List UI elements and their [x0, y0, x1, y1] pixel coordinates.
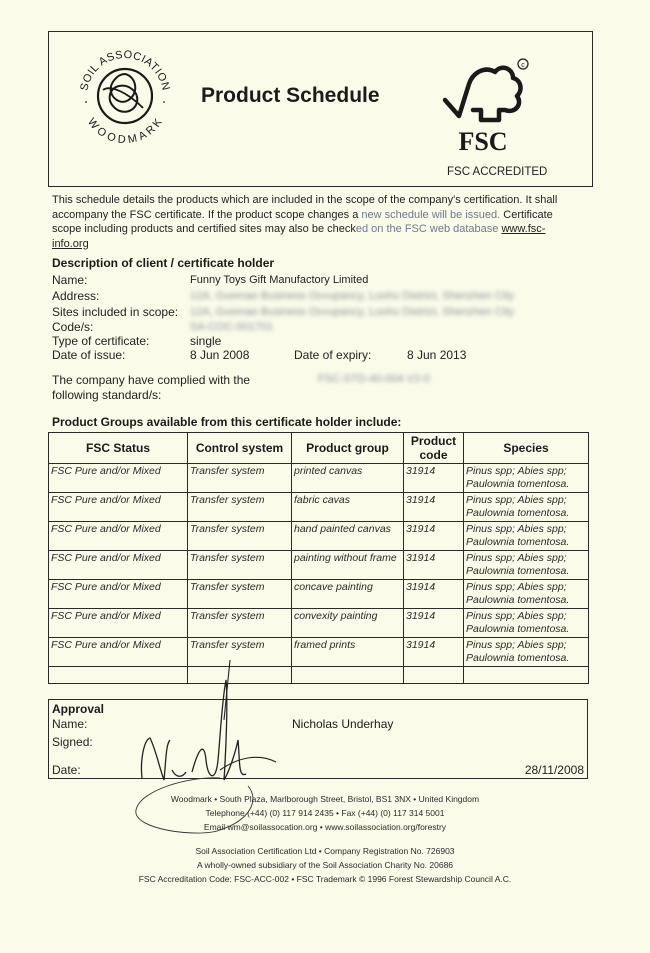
footer-line: Soil Association Certification Ltd • Com… — [0, 844, 650, 858]
cell-species: Pinus spp; Abies spp; Paulownia tomentos… — [464, 609, 589, 638]
footer-line: FSC Accreditation Code: FSC-ACC-002 • FS… — [0, 872, 650, 886]
column-header-product-group: Product group — [292, 433, 404, 464]
expiry-date-label: Date of expiry: — [294, 348, 371, 362]
cell-product-group: framed prints — [292, 638, 404, 667]
approval-date-label: Date: — [52, 763, 81, 777]
cell-control-system: Transfer system — [188, 493, 292, 522]
cell-product-code: 31914 — [404, 638, 464, 667]
footer-legal: Soil Association Certification Ltd • Com… — [0, 844, 650, 886]
products-section-heading: Product Groups available from this certi… — [52, 415, 401, 429]
approval-date-value: 28/11/2008 — [525, 763, 584, 777]
approval-box: Approval Name: Signed: Date: Nicholas Un… — [48, 699, 588, 779]
cell-product-code: 31914 — [404, 609, 464, 638]
product-groups-table: FSC Status Control system Product group … — [48, 432, 589, 684]
footer-line: A wholly-owned subsidiary of the Soil As… — [0, 858, 650, 872]
cell-fsc-status: FSC Pure and/or Mixed — [49, 580, 188, 609]
cell-product-group: printed canvas — [292, 464, 404, 493]
cell-control-system: Transfer system — [188, 609, 292, 638]
cell-product-code — [404, 667, 464, 684]
cell-species: Pinus spp; Abies spp; Paulownia tomentos… — [464, 522, 589, 551]
approval-title: Approval — [52, 702, 104, 716]
sites-value: 12A, Guomao Business Occupancy, Luohu Di… — [190, 306, 514, 318]
standards-value: FSC-STD-40-004 V2-0 — [318, 373, 430, 385]
table-row: FSC Pure and/or MixedTransfer systempain… — [49, 551, 589, 580]
column-header-fsc-status: FSC Status — [49, 433, 188, 464]
code-label: Code/s: — [52, 320, 93, 334]
sites-label: Sites included in scope: — [52, 305, 178, 319]
cell-control-system: Transfer system — [188, 551, 292, 580]
approval-name-value: Nicholas Underhay — [292, 717, 393, 731]
type-label: Type of certificate: — [52, 334, 149, 348]
cell-species: Pinus spp; Abies spp; Paulownia tomentos… — [464, 580, 589, 609]
cell-fsc-status: FSC Pure and/or Mixed — [49, 551, 188, 580]
cell-product-code: 31914 — [404, 464, 464, 493]
cell-product-group: concave painting — [292, 580, 404, 609]
table-row: FSC Pure and/or MixedTransfer systemconc… — [49, 580, 589, 609]
issue-date-value: 8 Jun 2008 — [190, 348, 249, 362]
page-title: Product Schedule — [201, 84, 380, 108]
standards-label-line-2: following standard/s: — [52, 388, 161, 402]
cell-fsc-status: FSC Pure and/or Mixed — [49, 638, 188, 667]
expiry-date-value: 8 Jun 2013 — [407, 348, 466, 362]
intro-paragraph: This schedule details the products which… — [52, 193, 572, 251]
cell-control-system: Transfer system — [188, 464, 292, 493]
type-value: single — [190, 334, 221, 348]
cell-fsc-status: FSC Pure and/or Mixed — [49, 464, 188, 493]
intro-text-faded: ed on the FSC web database — [356, 223, 498, 235]
svg-text:FSC: FSC — [458, 127, 507, 156]
fsc-accredited-label: FSC ACCREDITED — [447, 166, 547, 178]
svg-text:c: c — [521, 62, 525, 69]
issue-date-label: Date of issue: — [52, 348, 125, 362]
cell-product-group: fabric cavas — [292, 493, 404, 522]
client-section-heading: Description of client / certificate hold… — [52, 256, 274, 270]
table-row: FSC Pure and/or MixedTransfer systemfabr… — [49, 493, 589, 522]
column-header-product-code: Product code — [404, 433, 464, 464]
footer-line: Woodmark • South Plaza, Marlborough Stre… — [0, 792, 650, 806]
cell-control-system — [188, 667, 292, 684]
header-box: SOIL ASSOCIATION WOODMARK Product Schedu… — [48, 31, 593, 187]
cell-control-system: Transfer system — [188, 638, 292, 667]
cell-product-group — [292, 667, 404, 684]
name-value: Funny Toys Gift Manufactory Limited — [190, 274, 368, 286]
cell-species: Pinus spp; Abies spp; Paulownia tomentos… — [464, 638, 589, 667]
footer-line: Email wm@soilassocation.org • www.soilas… — [0, 820, 650, 834]
address-label: Address: — [52, 289, 99, 303]
cell-control-system: Transfer system — [188, 522, 292, 551]
cell-fsc-status: FSC Pure and/or Mixed — [49, 609, 188, 638]
cell-product-code: 31914 — [404, 580, 464, 609]
table-row: FSC Pure and/or MixedTransfer systemfram… — [49, 638, 589, 667]
cell-product-group: convexity painting — [292, 609, 404, 638]
cell-species: Pinus spp; Abies spp; Paulownia tomentos… — [464, 493, 589, 522]
cell-fsc-status: FSC Pure and/or Mixed — [49, 493, 188, 522]
code-value: SA-COC-001701 — [190, 321, 273, 333]
cell-fsc-status: FSC Pure and/or Mixed — [49, 522, 188, 551]
name-label: Name: — [52, 273, 87, 287]
cell-product-code: 31914 — [404, 551, 464, 580]
cell-product-code: 31914 — [404, 522, 464, 551]
cell-species — [464, 667, 589, 684]
approval-name-label: Name: — [52, 717, 87, 731]
column-header-control-system: Control system — [188, 433, 292, 464]
standards-label-line-1: The company have complied with the — [52, 373, 250, 387]
table-row — [49, 667, 589, 684]
table-row: FSC Pure and/or MixedTransfer systemhand… — [49, 522, 589, 551]
column-header-species: Species — [464, 433, 589, 464]
fsc-tree-check-logo-icon: c FSC — [439, 54, 535, 158]
approval-signed-label: Signed: — [52, 735, 93, 749]
table-row: FSC Pure and/or MixedTransfer systemprin… — [49, 464, 589, 493]
intro-text-faded: new schedule will be issued. — [361, 209, 500, 221]
footer-address: Woodmark • South Plaza, Marlborough Stre… — [0, 792, 650, 834]
cell-species: Pinus spp; Abies spp; Paulownia tomentos… — [464, 464, 589, 493]
cell-species: Pinus spp; Abies spp; Paulownia tomentos… — [464, 551, 589, 580]
footer-line: Telephone (+44) (0) 117 914 2435 • Fax (… — [0, 806, 650, 820]
table-row: FSC Pure and/or MixedTransfer systemconv… — [49, 609, 589, 638]
cell-fsc-status — [49, 667, 188, 684]
table-header-row: FSC Status Control system Product group … — [49, 433, 589, 464]
soil-association-woodmark-logo-icon: SOIL ASSOCIATION WOODMARK — [73, 44, 177, 148]
cell-product-group: painting without frame — [292, 551, 404, 580]
svg-text:WOODMARK: WOODMARK — [85, 116, 165, 146]
cell-control-system: Transfer system — [188, 580, 292, 609]
cell-product-group: hand painted canvas — [292, 522, 404, 551]
address-value: 12A, Guomao Business Occupancy, Luohu Di… — [190, 290, 514, 302]
cell-product-code: 31914 — [404, 493, 464, 522]
